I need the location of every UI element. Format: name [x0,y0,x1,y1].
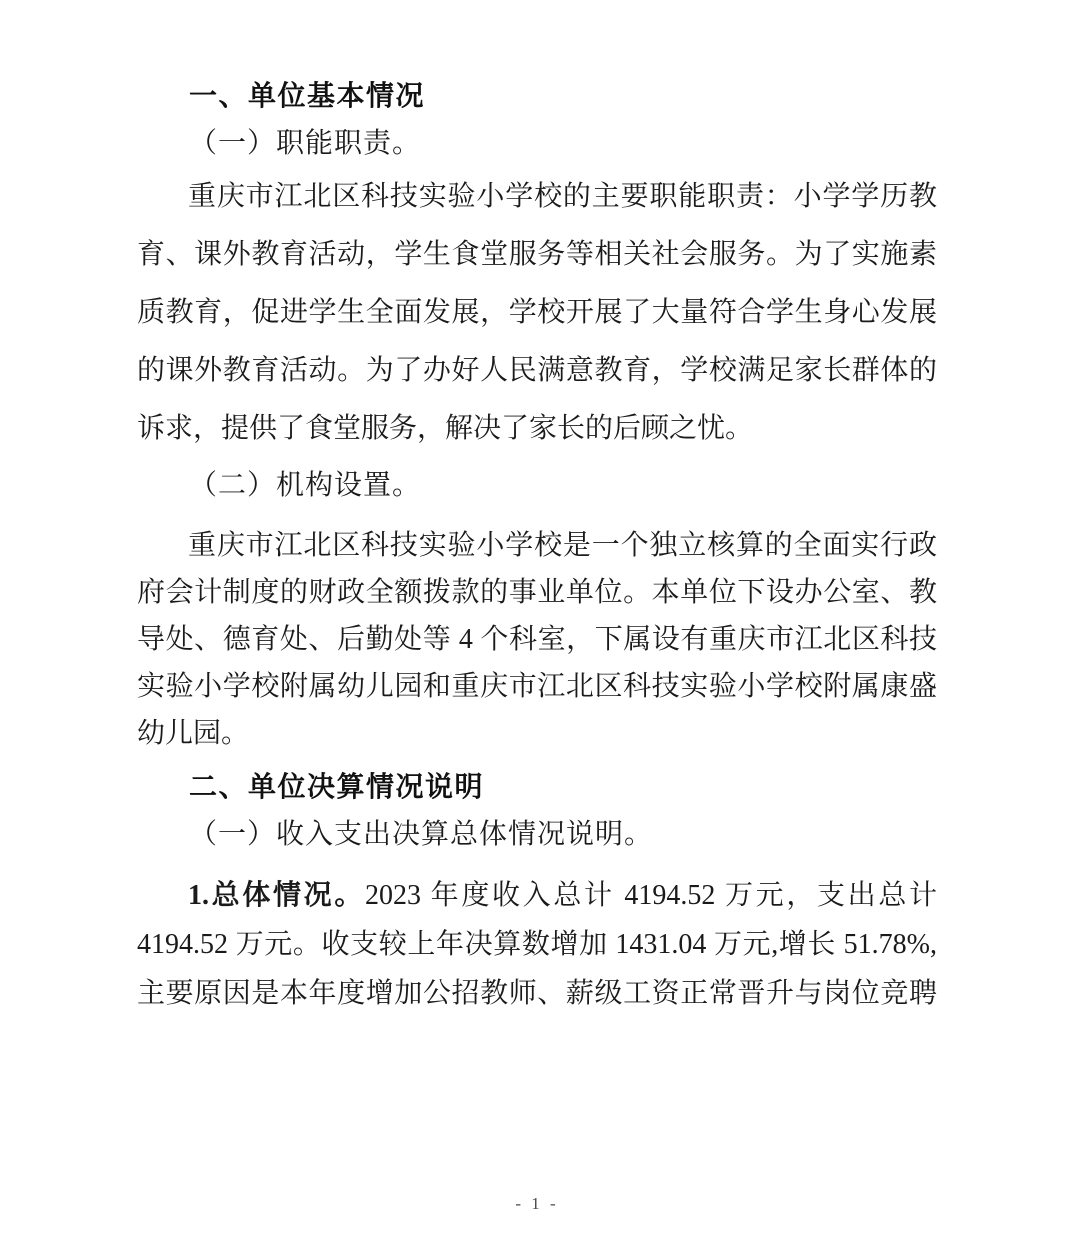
overview-line1-rest: 2023 年度收入总计 4194.52 万元，支出总计 [365,880,937,911]
paragraph-organization: 重庆市江北区科技实验小学校是一个独立核算的全面实行政 府会计制度的财政全额拨款的… [137,522,937,757]
section-heading-final-accounts: 二、单位决算情况说明 [137,763,937,811]
subheading-overview: （一）收入支出决算总体情况说明。 [137,811,937,859]
paragraph-organization-line: 实验小学校附属幼儿园和重庆市江北区科技实验小学校附属康盛 [137,663,937,710]
paragraph-duties: 重庆市江北区科技实验小学校的主要职能职责：小学学历教 育、课外教育活动，学生食堂… [137,168,937,458]
subheading-organization: （二）机构设置。 [137,462,937,510]
paragraph-organization-line: 重庆市江北区科技实验小学校是一个独立核算的全面实行政 [137,522,937,569]
document-page: 一、单位基本情况 （一）职能职责。 重庆市江北区科技实验小学校的主要职能职责：小… [0,0,1074,1241]
subheading-duties: （一）职能职责。 [137,120,937,168]
paragraph-overview-line: 4194.52 万元。收支较上年决算数增加 1431.04 万元,增长 51.7… [137,920,937,969]
overview-lead-bold: 1.总体情况。 [188,880,365,911]
paragraph-organization-line: 府会计制度的财政全额拨款的事业单位。本单位下设办公室、教 [137,569,937,616]
paragraph-duties-line: 诉求，提供了食堂服务，解决了家长的后顾之忧。 [137,400,937,458]
paragraph-organization-line: 幼儿园。 [137,710,937,757]
document-content: 一、单位基本情况 （一）职能职责。 重庆市江北区科技实验小学校的主要职能职责：小… [137,72,937,1018]
page-number: - 1 - [0,1186,1074,1222]
paragraph-overview-line: 1.总体情况。2023 年度收入总计 4194.52 万元，支出总计 [137,871,937,920]
paragraph-duties-line: 育、课外教育活动，学生食堂服务等相关社会服务。为了实施素 [137,226,937,284]
paragraph-overview: 1.总体情况。2023 年度收入总计 4194.52 万元，支出总计 4194.… [137,871,937,1018]
paragraph-duties-line: 重庆市江北区科技实验小学校的主要职能职责：小学学历教 [137,168,937,226]
paragraph-duties-line: 的课外教育活动。为了办好人民满意教育，学校满足家长群体的 [137,342,937,400]
section-heading-basic-info: 一、单位基本情况 [137,72,937,120]
paragraph-organization-line: 导处、德育处、后勤处等 4 个科室，下属设有重庆市江北区科技 [137,616,937,663]
paragraph-duties-line: 质教育，促进学生全面发展，学校开展了大量符合学生身心发展 [137,284,937,342]
paragraph-overview-line: 主要原因是本年度增加公招教师、薪级工资正常晋升与岗位竞聘 [137,969,937,1018]
